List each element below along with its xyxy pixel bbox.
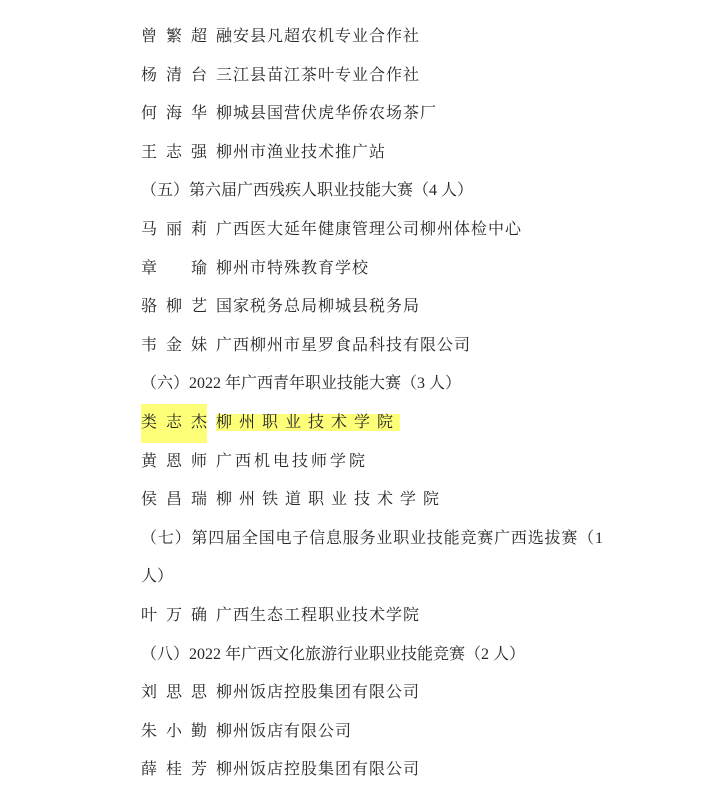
person-name: 刘思思 [141,674,207,713]
person-name: 曾繁超 [141,18,207,57]
organization-name: 柳州市渔业技术推广站 [216,144,386,161]
award-row: 骆柳艺国家税务总局柳城县税务局 [141,288,720,327]
person-name: 朱小勤 [141,713,207,752]
person-name: 章瑜 [141,250,207,289]
award-row: 侯昌瑞柳州铁道职业技术学院 [141,481,720,520]
person-name: 杨清台 [141,57,207,96]
person-name: 何海华 [141,95,207,134]
section-header: （六）2022 年广西青年职业技能大赛（3 人） [141,365,720,404]
organization-name: 柳城县国营伏虎华侨农场茶厂 [216,105,437,122]
organization-name: 柳州饭店控股集团有限公司 [216,684,420,701]
person-name: 黄恩师 [141,443,207,482]
person-name: 薛桂芳 [141,751,207,790]
award-row: 刘思思柳州饭店控股集团有限公司 [141,674,720,713]
organization-name: 广西生态工程职业技术学院 [216,607,420,624]
section-header-text: （七）第四届全国电子信息服务业职业技能竞赛广西选拔赛（1 [141,520,603,559]
organization-name: 三江县苗江茶叶专业合作社 [216,67,420,84]
organization-name: 国家税务总局柳城县税务局 [216,298,420,315]
award-row: 韦金妹广西柳州市星罗食品科技有限公司 [141,327,720,366]
award-row: 叶万确广西生态工程职业技术学院 [141,597,720,636]
award-row: 章瑜柳州市特殊教育学校 [141,250,720,289]
section-header: （七）第四届全国电子信息服务业职业技能竞赛广西选拔赛（1 [141,520,720,559]
award-row: 何海华柳城县国营伏虎华侨农场茶厂 [141,95,720,134]
person-name: 叶万确 [141,597,207,636]
organization-name: 融安县凡超农机专业合作社 [216,28,420,45]
award-row: 薛桂芳柳州饭店控股集团有限公司 [141,751,720,790]
organization-name: 广西柳州市星罗食品科技有限公司 [216,337,471,354]
section-header: （八）2022 年广西文化旅游行业职业技能竞赛（2 人） [141,636,720,675]
organization-name: 柳州市特殊教育学校 [216,260,369,277]
section-header-text: （八）2022 年广西文化旅游行业职业技能竞赛（2 人） [141,646,525,663]
award-row: 黄恩师广西机电技师学院 [141,443,720,482]
award-row: 曾繁超融安县凡超农机专业合作社 [141,18,720,57]
award-row: 杨清台三江县苗江茶叶专业合作社 [141,57,720,96]
section-header: 人） [141,558,720,597]
award-row: 马丽莉广西医大延年健康管理公司柳州体检中心 [141,211,720,250]
section-header: （五）第六届广西残疾人职业技能大赛（4 人） [141,172,720,211]
person-name: 侯昌瑞 [141,481,207,520]
person-name: 马丽莉 [141,211,207,250]
organization-name: 柳州饭店控股集团有限公司 [216,761,420,778]
person-name: 类志杰 [141,404,207,443]
section-header-text: 人） [141,568,173,585]
organization-name: 广西机电技师学院 [216,453,368,470]
person-name: 骆柳艺 [141,288,207,327]
person-name: 王志强 [141,134,207,173]
award-row: 王志强柳州市渔业技术推广站 [141,134,720,173]
person-name: 韦金妹 [141,327,207,366]
section-header-text: （五）第六届广西残疾人职业技能大赛（4 人） [141,182,473,199]
organization-name: 柳州铁道职业技术学院 [216,491,446,508]
document-page: 曾繁超融安县凡超农机专业合作社杨清台三江县苗江茶叶专业合作社何海华柳城县国营伏虎… [0,0,720,790]
organization-name: 柳州饭店有限公司 [216,723,352,740]
organization-name: 柳州职业技术学院 [216,414,400,431]
award-row: 朱小勤柳州饭店有限公司 [141,713,720,752]
section-header-text: （六）2022 年广西青年职业技能大赛（3 人） [141,375,461,392]
organization-name: 广西医大延年健康管理公司柳州体检中心 [216,221,522,238]
award-row: 类志杰柳州职业技术学院 [141,404,720,443]
